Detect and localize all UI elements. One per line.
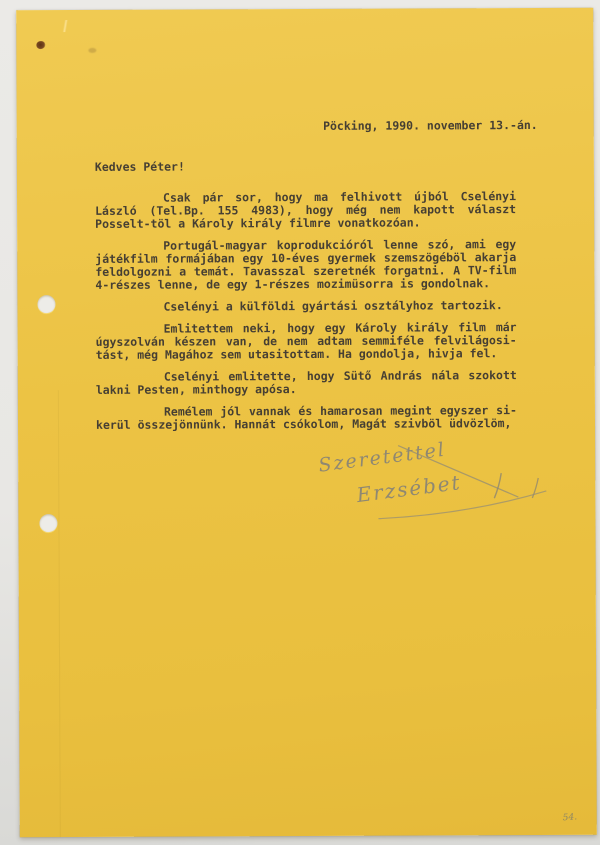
letter-line: 4-részes lenne, de egy 1-részes mozimüso… [95,277,516,292]
letter-line: kerül összejönnünk. Hannát csókolom, Mag… [96,417,517,432]
paper-smudge [88,48,96,53]
letter-paragraph: Cselényi a külföldi gyártási osztályhoz … [95,299,516,314]
handwritten-signature: Erzsébet [355,470,463,507]
punch-hole-top [37,295,55,313]
punch-hole-bottom [39,514,57,532]
letter-line: tást, még Magához sem utasitottam. Ha go… [96,347,517,362]
handwritten-closing-word: Szeretettel [317,439,447,477]
letter-paragraph: Cselényi emlitette, hogy Sütő András nál… [96,369,517,397]
letter-paragraph: Remélem jól vannak és hamarosan megint e… [96,404,517,432]
letter-paragraph: Portugál-magyar koprodukcióról lenne szó… [95,238,516,292]
paper-scratch-mark [44,20,86,32]
paper-stain [36,41,45,49]
scan-background: { "page": { "background_color": "#e8e7e4… [0,0,600,845]
letter-paragraphs: Csak pár sor, hogy ma felhivott újból Cs… [95,190,517,432]
letter-paper: Pöcking, 1990. november 13.-án. Kedves P… [16,8,597,838]
letter-paragraph: Emlitettem neki, hogy egy Károly király … [96,321,517,362]
date-line: Pöcking, 1990. november 13.-án. [95,119,538,134]
letter-paragraph: Csak pár sor, hogy ma felhivott újból Cs… [95,190,516,231]
letter-line: lakni Pesten, minthogy apósa. [96,382,517,397]
salutation: Kedves Péter! [95,159,516,174]
corner-page-note: 54. [562,812,577,823]
letter-line: Posselt-töl a Károly király filmre vonat… [95,216,516,231]
letter-line: Cselényi a külföldi gyártási osztályhoz … [95,299,516,314]
letter-body: Pöcking, 1990. november 13.-án. Kedves P… [95,119,517,432]
paper-crease [58,390,61,837]
